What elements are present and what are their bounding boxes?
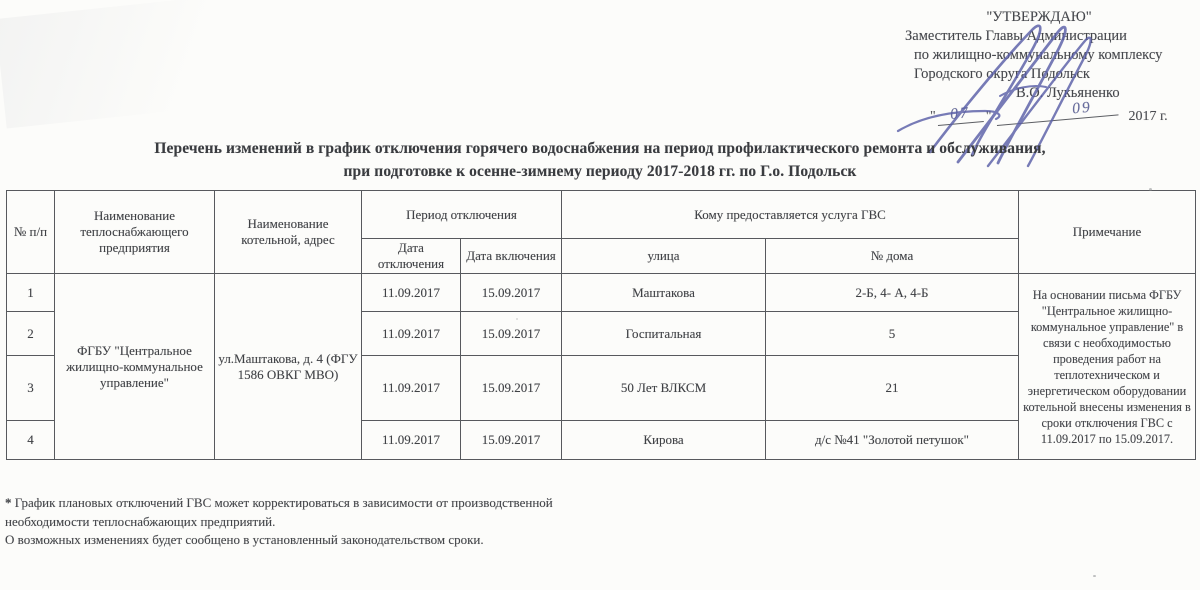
col-header-num: № п/п <box>7 191 55 274</box>
house-cell: 21 <box>766 356 1019 421</box>
row-number: 2 <box>7 312 55 356</box>
street-cell: Кирова <box>562 421 766 460</box>
col-header-house: № дома <box>766 239 1019 274</box>
approval-date-line: " 07 " 09 2017 г. <box>898 106 1180 126</box>
signer-name: В.О. Лукьяненко <box>898 84 1180 103</box>
approval-line-department: по жилищно-коммунальному комплексу <box>898 46 1180 65</box>
boiler-cell: ул.Маштакова, д. 4 (ФГУ 1586 ОВКГ МВО) <box>215 274 362 460</box>
footnote-line1-text: График плановых отключений ГВС может кор… <box>12 495 553 510</box>
scan-speck <box>1149 188 1152 191</box>
date-off-cell: 11.09.2017 <box>362 274 461 312</box>
footnotes: * График плановых отключений ГВС может к… <box>5 494 553 550</box>
quote-mark: " <box>984 107 994 126</box>
house-cell: 5 <box>766 312 1019 356</box>
date-on-cell: 15.09.2017 <box>461 312 562 356</box>
scan-speck <box>516 318 518 320</box>
approval-line-city: Городского округа Подольск <box>898 65 1180 84</box>
approval-block: "УТВЕРЖДАЮ" Заместитель Главы Администра… <box>898 8 1180 126</box>
document-title-line2: при подготовке к осенне-зимнему периоду … <box>0 160 1200 183</box>
date-off-cell: 11.09.2017 <box>362 421 461 460</box>
footnote-line3: О возможных изменениях будет сообщено в … <box>5 531 553 550</box>
company-cell: ФГБУ "Центральное жилищно-коммунальное у… <box>55 274 215 460</box>
schedule-table: № п/п Наименование теплоснабжающего пред… <box>6 190 1196 460</box>
scanned-document-page: "УТВЕРЖДАЮ" Заместитель Главы Администра… <box>0 0 1200 590</box>
col-header-boiler: Наименование котельной, адрес <box>215 191 362 274</box>
date-on-cell: 15.09.2017 <box>461 274 562 312</box>
date-on-cell: 15.09.2017 <box>461 356 562 421</box>
col-header-date-off: Дата отключения <box>362 239 461 274</box>
document-title: Перечень изменений в график отключения г… <box>0 137 1200 183</box>
approval-line-position: Заместитель Главы Администрации <box>898 27 1180 46</box>
street-cell: Госпитальная <box>562 312 766 356</box>
house-cell: д/с №41 "Золотой петушок" <box>766 421 1019 460</box>
date-on-cell: 15.09.2017 <box>461 421 562 460</box>
approval-title: "УТВЕРЖДАЮ" <box>898 8 1180 27</box>
row-number: 4 <box>7 421 55 460</box>
street-cell: Маштакова <box>562 274 766 312</box>
document-title-line1: Перечень изменений в график отключения г… <box>0 137 1200 160</box>
date-off-cell: 11.09.2017 <box>362 356 461 421</box>
scan-speck <box>1093 575 1096 577</box>
note-cell: На основании письма ФГБУ "Центральное жи… <box>1019 274 1196 460</box>
house-cell: 2-Б, 4- А, 4-Б <box>766 274 1019 312</box>
row-number: 3 <box>7 356 55 421</box>
date-year: 2017 г. <box>1128 107 1167 126</box>
col-header-period: Период отключения <box>362 191 562 239</box>
col-header-note: Примечание <box>1019 191 1196 274</box>
row-number: 1 <box>7 274 55 312</box>
handwritten-day: 07 <box>936 102 984 126</box>
col-header-street: улица <box>562 239 766 274</box>
table-row: 1 ФГБУ "Центральное жилищно-коммунальное… <box>7 274 1196 312</box>
street-cell: 50 Лет ВЛКСМ <box>562 356 766 421</box>
col-header-date-on: Дата включения <box>461 239 562 274</box>
col-header-company: Наименование теплоснабжающего предприяти… <box>55 191 215 274</box>
scan-smudge <box>0 0 365 129</box>
footnote-line1: * График плановых отключений ГВС может к… <box>5 494 553 513</box>
date-off-cell: 11.09.2017 <box>362 312 461 356</box>
col-header-service: Кому предоставляется услуга ГВС <box>562 191 1019 239</box>
footnote-line2: необходимости теплоснабжающих предприяти… <box>5 513 553 532</box>
